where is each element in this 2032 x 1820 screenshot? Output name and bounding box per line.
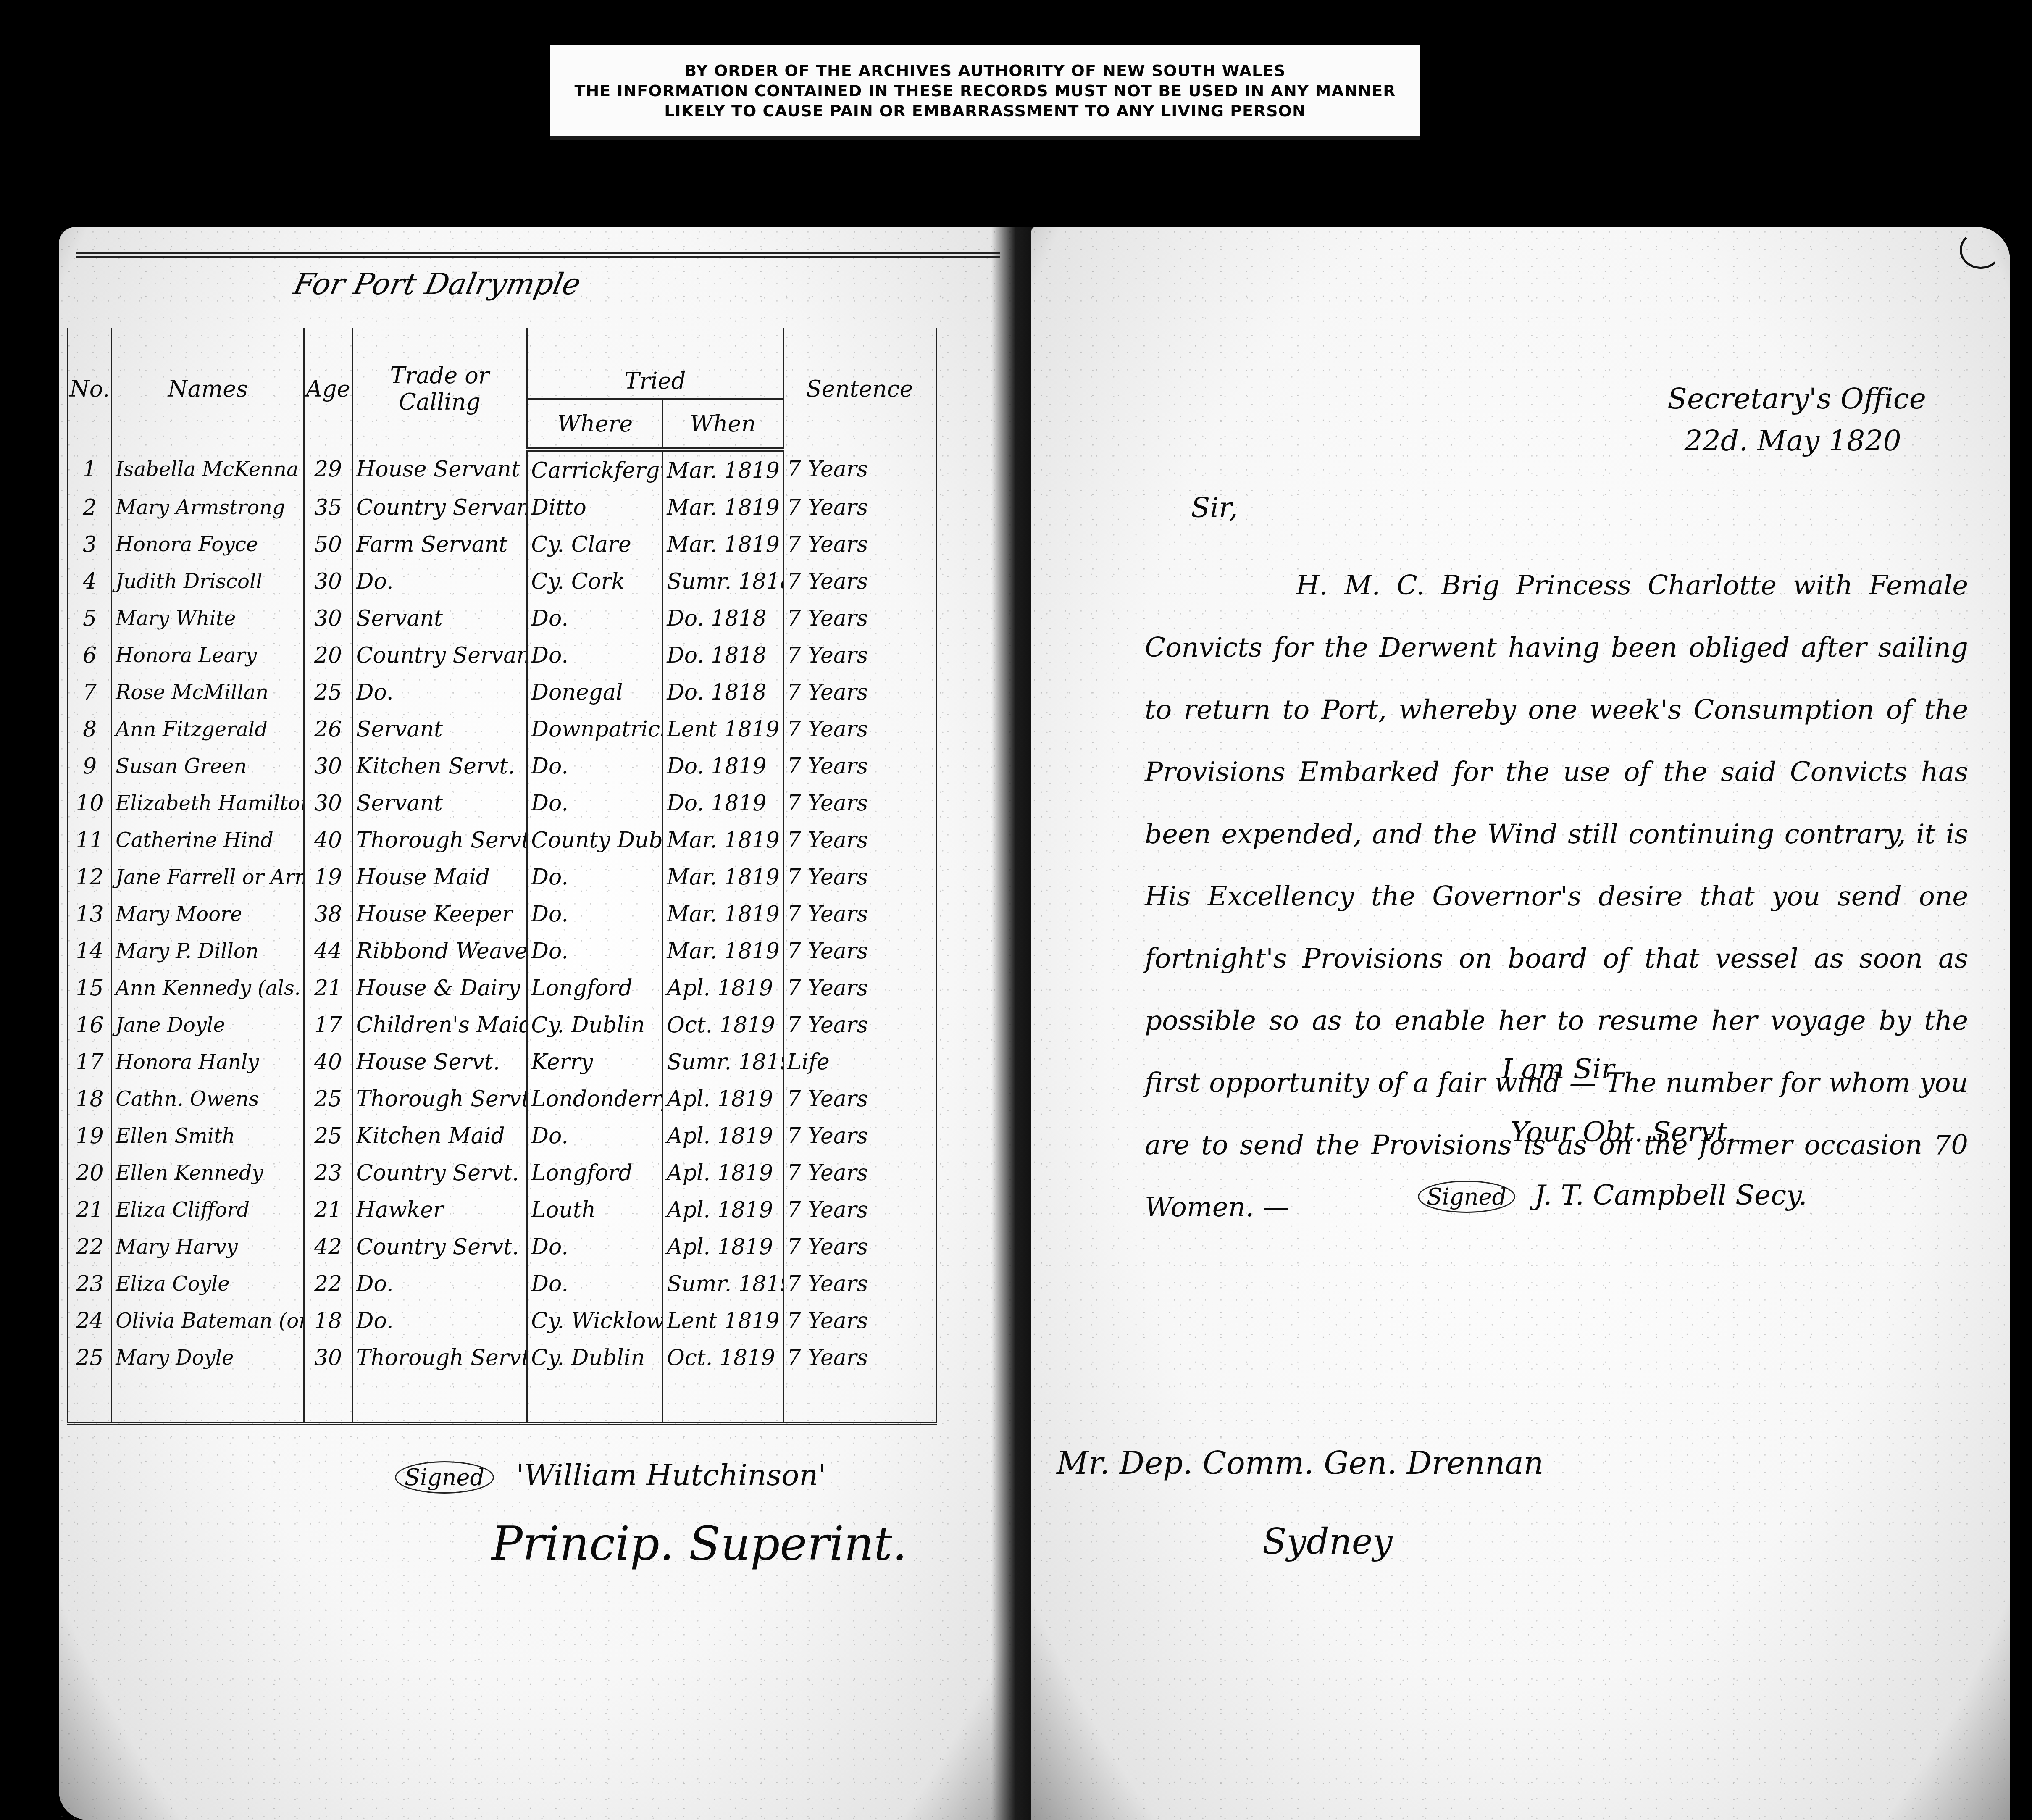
- col-header-sentence: Sentence: [783, 328, 936, 450]
- cell-trade: Do.: [352, 563, 527, 600]
- cell-when: Lent 1819: [663, 711, 783, 748]
- cell-no: 9: [68, 748, 112, 785]
- cell-where: Do.: [527, 600, 663, 637]
- cell-name: Mary Harvy: [112, 1228, 304, 1265]
- table-row: 11Catherine Hind40Thorough Servt.County …: [68, 822, 936, 859]
- table-row: 24Olivia Bateman (or Ailey)18Do.Cy. Wick…: [68, 1302, 936, 1339]
- cell-age: 20: [304, 637, 352, 674]
- cell-name: Jane Farrell or Armstrong: [112, 859, 304, 896]
- cell-where: Louth: [527, 1191, 663, 1228]
- top-rule: [76, 252, 1000, 258]
- cell-when: Do. 1819: [663, 785, 783, 822]
- cell-age: 25: [304, 1081, 352, 1118]
- table-row: 2Mary Armstrong35Country ServantDittoMar…: [68, 489, 936, 526]
- cell-where: Cy. Wicklow: [527, 1302, 663, 1339]
- cell-age: 23: [304, 1155, 352, 1191]
- cell-age: 30: [304, 563, 352, 600]
- table-row: 13Mary Moore38House KeeperDo.Mar. 18197 …: [68, 896, 936, 933]
- cell-when: Apl. 1819: [663, 1155, 783, 1191]
- archives-notice: BY ORDER OF THE ARCHIVES AUTHORITY OF NE…: [550, 45, 1420, 140]
- cell-sentence: 7 Years: [783, 563, 936, 600]
- col-header-where: Where: [527, 399, 663, 450]
- cell-trade: Do.: [352, 1265, 527, 1302]
- cell-trade: House Keeper: [352, 896, 527, 933]
- cell-when: Apl. 1819: [663, 970, 783, 1007]
- salutation: Sir,: [1191, 492, 1238, 524]
- cell-where: Do.: [527, 1228, 663, 1265]
- cell-no: 14: [68, 933, 112, 970]
- cell-where: Cy. Dublin: [527, 1339, 663, 1423]
- signatory-title: Princip. Superint.: [492, 1517, 907, 1570]
- cell-name: Ann Fitzgerald: [112, 711, 304, 748]
- cell-age: 30: [304, 1339, 352, 1423]
- cell-sentence: 7 Years: [783, 1228, 936, 1265]
- signatory-name: 'William Hutchinson': [516, 1458, 826, 1492]
- letter-signatory: J. T. Campbell Secy.: [1534, 1179, 1807, 1211]
- cell-name: Ellen Kennedy: [112, 1155, 304, 1191]
- cell-when: Apl. 1819: [663, 1191, 783, 1228]
- cell-when: Mar. 1819: [663, 933, 783, 970]
- cell-name: Judith Driscoll: [112, 563, 304, 600]
- table-row: 22Mary Harvy42Country Servt.Do.Apl. 1819…: [68, 1228, 936, 1265]
- cell-name: Mary Doyle: [112, 1339, 304, 1423]
- cell-age: 40: [304, 1044, 352, 1081]
- table-row: 6Honora Leary20Country ServantDo.Do. 181…: [68, 637, 936, 674]
- cell-where: Ditto: [527, 489, 663, 526]
- cell-no: 20: [68, 1155, 112, 1191]
- cell-trade: Thorough Servt.: [352, 822, 527, 859]
- cell-no: 11: [68, 822, 112, 859]
- cell-no: 18: [68, 1081, 112, 1118]
- cell-age: 25: [304, 674, 352, 711]
- table-row: 25Mary Doyle30Thorough Servt.Cy. DublinO…: [68, 1339, 936, 1423]
- signed-label: Signed: [395, 1461, 494, 1494]
- cell-name: Eliza Coyle: [112, 1265, 304, 1302]
- cell-age: 18: [304, 1302, 352, 1339]
- cell-name: Ann Kennedy (als. McKo): [112, 970, 304, 1007]
- cell-sentence: 7 Years: [783, 711, 936, 748]
- convict-register-table: No. Names Age Trade or Calling Tried Sen…: [67, 328, 937, 1425]
- cell-where: Longford: [527, 970, 663, 1007]
- cell-no: 6: [68, 637, 112, 674]
- table-row: 19Ellen Smith25Kitchen MaidDo.Apl. 18197…: [68, 1118, 936, 1155]
- cell-sentence: 7 Years: [783, 450, 936, 489]
- left-page-register: For Port Dalrymple No. Names Age Trade o…: [59, 227, 1025, 1820]
- letter-closing: I am Sir Your Obt. Servt. Signed J. T. C…: [1502, 1038, 1807, 1228]
- cell-no: 22: [68, 1228, 112, 1265]
- cell-no: 17: [68, 1044, 112, 1081]
- cell-age: 21: [304, 1191, 352, 1228]
- cell-name: Cathn. Owens: [112, 1081, 304, 1118]
- cell-trade: Kitchen Maid: [352, 1118, 527, 1155]
- cell-trade: Servant: [352, 785, 527, 822]
- cell-sentence: Life: [783, 1044, 936, 1081]
- cell-age: 17: [304, 1007, 352, 1044]
- cell-when: Apl. 1819: [663, 1081, 783, 1118]
- register-table-wrap: No. Names Age Trade or Calling Tried Sen…: [67, 328, 937, 1425]
- cell-where: Donegal: [527, 674, 663, 711]
- cell-no: 1: [68, 450, 112, 489]
- table-row: 21Eliza Clifford21HawkerLouthApl. 18197 …: [68, 1191, 936, 1228]
- cell-sentence: 7 Years: [783, 933, 936, 970]
- table-row: 5Mary White30ServantDo.Do. 18187 Years: [68, 600, 936, 637]
- cell-name: Honora Leary: [112, 637, 304, 674]
- cell-no: 24: [68, 1302, 112, 1339]
- cell-age: 30: [304, 785, 352, 822]
- cell-where: Do.: [527, 859, 663, 896]
- cell-where: Cy. Clare: [527, 526, 663, 563]
- cell-when: Mar. 1819: [663, 450, 783, 489]
- signed-label: Signed: [1418, 1181, 1515, 1213]
- cell-when: Do. 1818: [663, 600, 783, 637]
- table-row: 14Mary P. Dillon44Ribbond WeaverDo.Mar. …: [68, 933, 936, 970]
- closing-line-2: Your Obt. Servt.: [1502, 1101, 1807, 1164]
- cell-sentence: 7 Years: [783, 822, 936, 859]
- cell-no: 23: [68, 1265, 112, 1302]
- cell-where: Carrickfergus: [527, 450, 663, 489]
- table-row: 4Judith Driscoll30Do.Cy. CorkSumr. 18187…: [68, 563, 936, 600]
- cell-age: 29: [304, 450, 352, 489]
- cell-trade: House Maid: [352, 859, 527, 896]
- cell-when: Apl. 1819: [663, 1118, 783, 1155]
- cell-sentence: 7 Years: [783, 1302, 936, 1339]
- cell-age: 44: [304, 933, 352, 970]
- col-header-tried: Tried: [527, 328, 783, 399]
- register-body: 1Isabella McKenna29House ServantCarrickf…: [68, 450, 936, 1423]
- cell-no: 15: [68, 970, 112, 1007]
- cell-sentence: 7 Years: [783, 600, 936, 637]
- cell-no: 13: [68, 896, 112, 933]
- col-header-trade: Trade or Calling: [352, 328, 527, 450]
- cell-sentence: 7 Years: [783, 489, 936, 526]
- cell-no: 3: [68, 526, 112, 563]
- col-header-when: When: [663, 399, 783, 450]
- cell-sentence: 7 Years: [783, 748, 936, 785]
- cell-when: Sumr. 1818: [663, 563, 783, 600]
- cell-sentence: 7 Years: [783, 1339, 936, 1423]
- cell-name: Eliza Clifford: [112, 1191, 304, 1228]
- cell-no: 21: [68, 1191, 112, 1228]
- notice-line-2: THE INFORMATION CONTAINED IN THESE RECOR…: [574, 81, 1396, 101]
- cell-when: Mar. 1819: [663, 859, 783, 896]
- cell-where: Do.: [527, 637, 663, 674]
- addressee-city: Sydney: [1262, 1521, 1393, 1562]
- cell-age: 25: [304, 1118, 352, 1155]
- table-row: 7Rose McMillan25Do.DonegalDo. 18187 Year…: [68, 674, 936, 711]
- table-row: 9Susan Green30Kitchen Servt.Do.Do. 18197…: [68, 748, 936, 785]
- cell-sentence: 7 Years: [783, 859, 936, 896]
- cell-where: Longford: [527, 1155, 663, 1191]
- cell-no: 4: [68, 563, 112, 600]
- cell-trade: Do.: [352, 674, 527, 711]
- table-row: 17Honora Hanly40House Servt.KerrySumr. 1…: [68, 1044, 936, 1081]
- cell-where: Do.: [527, 748, 663, 785]
- cell-sentence: 7 Years: [783, 1081, 936, 1118]
- table-row: 1Isabella McKenna29House ServantCarrickf…: [68, 450, 936, 489]
- cell-name: Ellen Smith: [112, 1118, 304, 1155]
- cell-age: 21: [304, 970, 352, 1007]
- page-corner-mark-icon: [1960, 231, 2002, 269]
- cell-age: 30: [304, 600, 352, 637]
- cell-sentence: 7 Years: [783, 970, 936, 1007]
- cell-no: 5: [68, 600, 112, 637]
- cell-no: 2: [68, 489, 112, 526]
- table-row: 8Ann Fitzgerald26ServantDownpatrickLent …: [68, 711, 936, 748]
- cell-sentence: 7 Years: [783, 526, 936, 563]
- cell-no: 12: [68, 859, 112, 896]
- cell-no: 10: [68, 785, 112, 822]
- cell-age: 38: [304, 896, 352, 933]
- cell-sentence: 7 Years: [783, 674, 936, 711]
- cell-trade: Do.: [352, 1302, 527, 1339]
- cell-age: 40: [304, 822, 352, 859]
- cell-name: Susan Green: [112, 748, 304, 785]
- letter-date: 22d. May 1820: [1667, 420, 1926, 462]
- table-row: 15Ann Kennedy (als. McKo)21House & Dairy…: [68, 970, 936, 1007]
- cell-age: 42: [304, 1228, 352, 1265]
- cell-name: Mary Armstrong: [112, 489, 304, 526]
- cell-trade: Ribbond Weaver: [352, 933, 527, 970]
- cell-trade: Kitchen Servt.: [352, 748, 527, 785]
- cell-sentence: 7 Years: [783, 785, 936, 822]
- table-row: 3Honora Foyce50Farm ServantCy. ClareMar.…: [68, 526, 936, 563]
- cell-no: 7: [68, 674, 112, 711]
- table-row: 23Eliza Coyle22Do.Do.Sumr. 18197 Years: [68, 1265, 936, 1302]
- cell-trade: House Servt.: [352, 1044, 527, 1081]
- cell-trade: Country Servt.: [352, 1228, 527, 1265]
- cell-trade: Thorough Servt.: [352, 1081, 527, 1118]
- cell-where: Do.: [527, 1118, 663, 1155]
- cell-where: Do.: [527, 1265, 663, 1302]
- cell-when: Mar. 1819: [663, 489, 783, 526]
- table-row: 18Cathn. Owens25Thorough Servt.Londonder…: [68, 1081, 936, 1118]
- cell-when: Do. 1819: [663, 748, 783, 785]
- cell-when: Mar. 1819: [663, 822, 783, 859]
- register-signature: Signed 'William Hutchinson': [395, 1458, 826, 1492]
- cell-age: 30: [304, 748, 352, 785]
- col-header-names: Names: [112, 328, 304, 450]
- cell-trade: Country Servant: [352, 637, 527, 674]
- cell-when: Oct. 1819: [663, 1007, 783, 1044]
- cell-trade: Thorough Servt.: [352, 1339, 527, 1423]
- cell-name: Olivia Bateman (or Ailey): [112, 1302, 304, 1339]
- cell-name: Mary White: [112, 600, 304, 637]
- cell-name: Honora Hanly: [112, 1044, 304, 1081]
- cell-when: Sumr. 1819: [663, 1265, 783, 1302]
- cell-when: Do. 1818: [663, 674, 783, 711]
- cell-trade: Farm Servant: [352, 526, 527, 563]
- cell-age: 35: [304, 489, 352, 526]
- cell-trade: Servant: [352, 711, 527, 748]
- cell-name: Catherine Hind: [112, 822, 304, 859]
- cell-age: 22: [304, 1265, 352, 1302]
- cell-trade: Servant: [352, 600, 527, 637]
- table-row: 12Jane Farrell or Armstrong19House MaidD…: [68, 859, 936, 896]
- cell-when: Oct. 1819: [663, 1339, 783, 1423]
- table-row: 16Jane Doyle17Children's MaidCy. DublinO…: [68, 1007, 936, 1044]
- cell-when: Apl. 1819: [663, 1228, 783, 1265]
- cell-where: Cy. Cork: [527, 563, 663, 600]
- cell-name: Honora Foyce: [112, 526, 304, 563]
- cell-name: Mary P. Dillon: [112, 933, 304, 970]
- notice-line-3: LIKELY TO CAUSE PAIN OR EMBARRASSMENT TO…: [664, 101, 1306, 121]
- cell-sentence: 7 Years: [783, 1191, 936, 1228]
- cell-sentence: 7 Years: [783, 1155, 936, 1191]
- cell-where: Londonderry: [527, 1081, 663, 1118]
- cell-sentence: 7 Years: [783, 637, 936, 674]
- cell-age: 19: [304, 859, 352, 896]
- cell-trade: Country Servt.: [352, 1155, 527, 1191]
- cell-no: 8: [68, 711, 112, 748]
- right-page-letter: Secretary's Office 22d. May 1820 Sir, H.…: [1031, 227, 2010, 1820]
- cell-when: Lent 1819: [663, 1302, 783, 1339]
- cell-sentence: 7 Years: [783, 1118, 936, 1155]
- cell-when: Mar. 1819: [663, 896, 783, 933]
- col-header-age: Age: [304, 328, 352, 450]
- cell-sentence: 7 Years: [783, 1265, 936, 1302]
- office-name: Secretary's Office: [1667, 378, 1926, 420]
- cell-where: Do.: [527, 785, 663, 822]
- cell-trade: Children's Maid: [352, 1007, 527, 1044]
- addressee: Mr. Dep. Comm. Gen. Drennan: [1057, 1445, 1543, 1481]
- cell-where: County Dublin: [527, 822, 663, 859]
- letter-heading: Secretary's Office 22d. May 1820: [1667, 378, 1926, 462]
- cell-when: Do. 1818: [663, 637, 783, 674]
- cell-name: Elizabeth Hamilton: [112, 785, 304, 822]
- cell-no: 19: [68, 1118, 112, 1155]
- cell-age: 26: [304, 711, 352, 748]
- col-header-no: No.: [68, 328, 112, 450]
- cell-trade: Hawker: [352, 1191, 527, 1228]
- cell-no: 25: [68, 1339, 112, 1423]
- closing-line-1: I am Sir: [1502, 1038, 1807, 1101]
- notice-line-1: BY ORDER OF THE ARCHIVES AUTHORITY OF NE…: [684, 60, 1285, 81]
- cell-name: Jane Doyle: [112, 1007, 304, 1044]
- cell-where: Cy. Dublin: [527, 1007, 663, 1044]
- cell-name: Mary Moore: [112, 896, 304, 933]
- register-title: For Port Dalrymple: [290, 267, 584, 301]
- cell-where: Do.: [527, 896, 663, 933]
- cell-name: Isabella McKenna: [112, 450, 304, 489]
- cell-where: Kerry: [527, 1044, 663, 1081]
- table-row: 10Elizabeth Hamilton30ServantDo.Do. 1819…: [68, 785, 936, 822]
- cell-when: Sumr. 1819: [663, 1044, 783, 1081]
- cell-trade: Country Servant: [352, 489, 527, 526]
- cell-sentence: 7 Years: [783, 1007, 936, 1044]
- cell-trade: House Servant: [352, 450, 527, 489]
- cell-sentence: 7 Years: [783, 896, 936, 933]
- table-row: 20Ellen Kennedy23Country Servt.LongfordA…: [68, 1155, 936, 1191]
- cell-age: 50: [304, 526, 352, 563]
- cell-when: Mar. 1819: [663, 526, 783, 563]
- cell-trade: House & Dairy Mt.: [352, 970, 527, 1007]
- cell-name: Rose McMillan: [112, 674, 304, 711]
- cell-where: Do.: [527, 933, 663, 970]
- cell-where: Downpatrick: [527, 711, 663, 748]
- cell-no: 16: [68, 1007, 112, 1044]
